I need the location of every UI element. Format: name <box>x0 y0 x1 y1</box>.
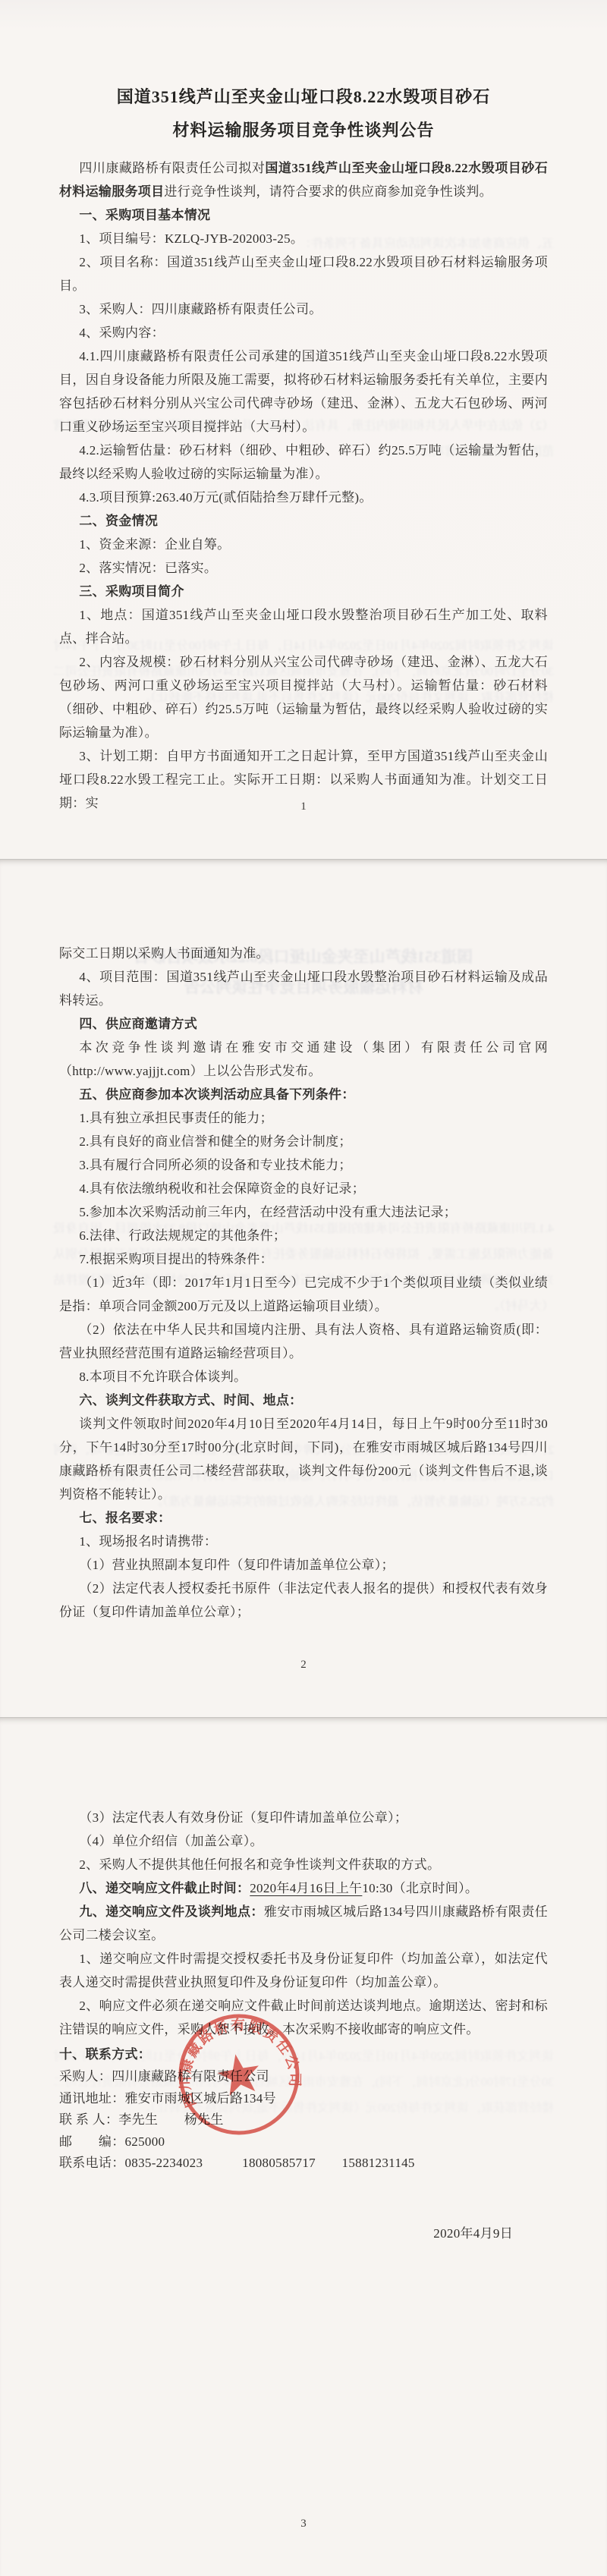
text-run: 2、采购人不提供其他任何报名和竞争性谈判文件获取的方式。 <box>79 1857 440 1872</box>
text-run: 2.具有良好的商业信誉和健全的财务会计制度； <box>79 1134 351 1149</box>
document-page-2: 国道351线芦山至夹金山垭口段8.22水毁项目砂石 材料运输服务项目竞争性谈判公… <box>0 859 607 1717</box>
paragraph: 1.具有独立承担民事责任的能力； <box>59 1106 548 1130</box>
paragraph: 8.本项目不允许联合体谈判。 <box>59 1365 548 1389</box>
text-run: 3、采购人：四川康藏路桥有限责任公司。 <box>79 302 322 316</box>
document-title-line-2: 材料运输服务项目竞争性谈判公告 <box>59 114 548 147</box>
page-number: 1 <box>0 800 607 813</box>
paragraph: 1、资金来源：企业自筹。 <box>59 533 548 556</box>
section-heading-7: 七、报名要求： <box>59 1506 548 1530</box>
intro-paragraph: 四川康藏路桥有限责任公司拟对国道351线芦山至夹金山垭口段8.22水毁项目砂石材… <box>59 156 548 203</box>
paragraph: 3.具有履行合同所必须的设备和专业技术能力； <box>59 1153 548 1177</box>
page-content: 国道351线芦山至夹金山垭口段8.22水毁项目砂石材料运输服务项目竞争性谈判公告… <box>0 0 607 815</box>
text-run: 进行竞争性谈判，请符合要求的供应商参加竞争性谈判。 <box>164 184 492 199</box>
text-run: 1、递交响应文件时需提交授权委托书及身份证复印件（均加盖公章），如法定代表人递交… <box>59 1952 548 1989</box>
scanned-announcement-document: 五、供应商参加本次谈判活动应具备下列条件： （2）依法在中华人民共和国境内注册、… <box>0 0 607 2576</box>
paragraph: 本次竞争性谈判邀请在雅安市交通建设（集团）有限责任公司官网（http://www… <box>59 1036 548 1083</box>
paragraph: 际交工日期以采购人书面通知为准。 <box>59 942 548 965</box>
text-run: 1、资金来源：企业自筹。 <box>79 537 230 552</box>
text-run: 联系电话：0835-2234023 18080585717 1588123114… <box>59 2156 415 2170</box>
section-heading-2: 二、资金情况 <box>59 509 548 533</box>
text-run: 2、内容及规模：砂石材料分别从兴宝公司代碑寺砂场（建迅、金淋）、五龙大石包砂场、… <box>59 655 548 740</box>
text-run: 十、联系方式： <box>59 2047 151 2062</box>
text-run: 邮 编：625000 <box>59 2134 165 2149</box>
document-page-1: 五、供应商参加本次谈判活动应具备下列条件： （2）依法在中华人民共和国境内注册、… <box>0 0 607 859</box>
text-run: 4.2.运输暂估量：砂石材料（细砂、中粗砂、碎石）约25.5万吨（运输量为暂估，… <box>59 443 548 481</box>
text-run: 六、谈判文件获取方式、时间、地点： <box>79 1393 302 1408</box>
section-heading-5: 五、供应商参加本次谈判活动应具备下列条件： <box>59 1083 548 1106</box>
paragraph: 1、递交响应文件时需提交授权委托书及身份证复印件（均加盖公章），如法定代表人递交… <box>59 1947 548 1994</box>
paragraph: 3、采购人：四川康藏路桥有限责任公司。 <box>59 297 548 321</box>
text-run: 4.3.项目预算:263.40万元(贰佰陆拾叁万肆仟元整)。 <box>79 490 372 505</box>
paragraph: 4.1.四川康藏路桥有限责任公司承建的国道351线芦山至夹金山垭口段8.22水毁… <box>59 344 548 439</box>
text-run: 国道351线芦山至夹金山垭口段8.22水毁项目砂石 <box>117 87 491 106</box>
text-run: （1）近3年（即：2017年1月1日至今）已完成不少于1个类似项目业绩（类似业绩… <box>59 1275 548 1313</box>
text-run: 4.具有依法缴纳税收和社会保障资金的良好记录； <box>79 1181 365 1196</box>
text-run: 谈判文件领取时间2020年4月10日至2020年4月14日，每日上午9时00分至… <box>59 1417 548 1502</box>
text-run: 1、地点：国道351线芦山至夹金山垭口段水毁整治项目砂石生产加工处、取料点、拌合… <box>59 608 548 646</box>
page-content: 际交工日期以采购人书面通知为准。4、项目范围：国道351线芦山至夹金山垭口段水毁… <box>0 860 607 1624</box>
page-number: 3 <box>0 2518 607 2530</box>
text-run: 2、落实情况：已落实。 <box>79 561 217 575</box>
document-page-3: 谈判文件领取时间2020年4月10日至2020年4月14日，每日上午9时00分至… <box>0 1717 607 2576</box>
paragraph: （2）法定代表人授权委托书原件（非法定代表人报名的提供）和授权代表有效身份证（复… <box>59 1577 548 1624</box>
text-run: 1.具有独立承担民事责任的能力； <box>79 1111 273 1125</box>
text-run: 际交工日期以采购人书面通知为准。 <box>59 946 269 961</box>
text-run: 5.参加本次采购活动前三年内，在经营活动中没有重大违法记录； <box>79 1205 457 1219</box>
text-run: 1、现场报名时请携带： <box>79 1534 217 1549</box>
text-run: 8.本项目不允许联合体谈判。 <box>79 1370 247 1384</box>
text-run: 3.具有履行合同所必须的设备和专业技术能力； <box>79 1158 351 1172</box>
text-run: 四川康藏路桥有限责任公司拟对 <box>79 161 265 175</box>
paragraph: 7.根据采购项目提出的特殊条件： <box>59 1247 548 1271</box>
paragraph: 1、项目编号：KZLQ-JYB-202003-25。 <box>59 227 548 250</box>
paragraph: 2、内容及规模：砂石材料分别从兴宝公司代碑寺砂场（建迅、金淋）、五龙大石包砂场、… <box>59 650 548 744</box>
text-run: 三、采购项目简介 <box>79 584 184 599</box>
paragraph: （2）依法在中华人民共和国境内注册、具有法人资格、具有道路运输资质(即：营业执照… <box>59 1318 548 1365</box>
section-heading-3: 三、采购项目简介 <box>59 580 548 603</box>
paragraph: 4.3.项目预算:263.40万元(贰佰陆拾叁万肆仟元整)。 <box>59 486 548 509</box>
text-run: （4）单位介绍信（加盖公章）。 <box>79 1834 263 1848</box>
text-run: 四、供应商邀请方式 <box>79 1017 197 1031</box>
contact-phones: 联系电话：0835-2234023 18080585717 1588123114… <box>59 2153 548 2175</box>
text-run: 7.根据采购项目提出的特殊条件： <box>79 1252 273 1266</box>
paragraph: 2.具有良好的商业信誉和健全的财务会计制度； <box>59 1130 548 1153</box>
contact-postcode: 邮 编：625000 <box>59 2131 548 2153</box>
seal-star-icon <box>215 2051 263 2097</box>
paragraph: 1、现场报名时请携带： <box>59 1530 548 1553</box>
paragraph: 4.具有依法缴纳税收和社会保障资金的良好记录； <box>59 1177 548 1200</box>
document-title-line-1: 国道351线芦山至夹金山垭口段8.22水毁项目砂石 <box>59 80 548 114</box>
section-heading-8: 八、递交响应文件截止时间：2020年4月16日上午10:30（北京时间）。 <box>59 1876 548 1900</box>
text-run: 10:30（北京时间）。 <box>362 1881 478 1895</box>
paragraph: 2、落实情况：已落实。 <box>59 556 548 580</box>
section-heading-4: 四、供应商邀请方式 <box>59 1012 548 1036</box>
text-run: （2）依法在中华人民共和国境内注册、具有法人资格、具有道路运输资质(即：营业执照… <box>59 1323 548 1360</box>
paragraph: 2、响应文件必须在递交响应文件截止时间前送达谈判地点。逾期送达、密封和标注错误的… <box>59 1994 548 2041</box>
text-run: 一、采购项目基本情况 <box>79 208 210 222</box>
text-run: 九、递交响应文件及谈判地点： <box>79 1904 263 1919</box>
paragraph: （4）单位介绍信（加盖公章）。 <box>59 1829 548 1853</box>
page-number: 2 <box>0 1659 607 1672</box>
paragraph: 4、项目范围：国道351线芦山至夹金山垭口段水毁整治项目砂石材料运输及成品料转运… <box>59 965 548 1012</box>
text-run: 2020年4月16日上午 <box>250 1881 362 1895</box>
text-run: 4、采购内容： <box>79 326 165 340</box>
text-run: 七、报名要求： <box>79 1511 171 1525</box>
text-run: 2、项目名称：国道351线芦山至夹金山垭口段8.22水毁项目砂石材料运输服务项目… <box>59 255 548 293</box>
page-content: （3）法定代表人有效身份证（复印件请加盖单位公章）；（4）单位介绍信（加盖公章）… <box>0 1718 607 2245</box>
section-heading-1: 一、采购项目基本情况 <box>59 203 548 227</box>
text-run: 本次竞争性谈判邀请在雅安市交通建设（集团）有限责任公司官网（http://www… <box>59 1040 548 1078</box>
paragraph: 4.2.运输暂估量：砂石材料（细砂、中粗砂、碎石）约25.5万吨（运输量为暂估，… <box>59 439 548 486</box>
paragraph: 1、地点：国道351线芦山至夹金山垭口段水毁整治项目砂石生产加工处、取料点、拌合… <box>59 603 548 650</box>
paragraph: （3）法定代表人有效身份证（复印件请加盖单位公章）； <box>59 1806 548 1829</box>
text-run: 材料运输服务项目竞争性谈判公告 <box>172 121 434 140</box>
text-run: 2020年4月9日 <box>433 2226 513 2241</box>
text-run: 五、供应商参加本次谈判活动应具备下列条件： <box>79 1087 354 1102</box>
text-run: 二、资金情况 <box>79 514 158 528</box>
paragraph: 2、采购人不提供其他任何报名和竞争性谈判文件获取的方式。 <box>59 1853 548 1876</box>
paragraph: 5.参加本次采购活动前三年内，在经营活动中没有重大违法记录； <box>59 1200 548 1224</box>
official-seal-stamp: 四川康藏路桥有限责任公司 <box>165 2000 314 2150</box>
paragraph: 2、项目名称：国道351线芦山至夹金山垭口段8.22水毁项目砂石材料运输服务项目… <box>59 250 548 297</box>
text-run: （3）法定代表人有效身份证（复印件请加盖单位公章）； <box>79 1810 407 1825</box>
text-run: （2）法定代表人授权委托书原件（非法定代表人报名的提供）和授权代表有效身份证（复… <box>59 1581 548 1619</box>
section-heading-6: 六、谈判文件获取方式、时间、地点： <box>59 1389 548 1412</box>
text-run: 八、递交响应文件截止时间： <box>79 1881 250 1895</box>
text-run: 1、项目编号：KZLQ-JYB-202003-25。 <box>79 231 303 246</box>
paragraph: 谈判文件领取时间2020年4月10日至2020年4月14日，每日上午9时00分至… <box>59 1412 548 1506</box>
text-run: （1）营业执照副本复印件（复印件请加盖单位公章）； <box>79 1558 395 1572</box>
paragraph: （1）近3年（即：2017年1月1日至今）已完成不少于1个类似项目业绩（类似业绩… <box>59 1271 548 1318</box>
announcement-date: 2020年4月9日 <box>59 2222 548 2245</box>
paragraph: （1）营业执照副本复印件（复印件请加盖单位公章）； <box>59 1553 548 1577</box>
text-run: 2、响应文件必须在递交响应文件截止时间前送达谈判地点。逾期送达、密封和标注错误的… <box>59 1999 548 2037</box>
section-heading-9: 九、递交响应文件及谈判地点：雅安市雨城区城后路134号四川康藏路桥有限责任公司二… <box>59 1900 548 1947</box>
paragraph: 6.法律、行政法规规定的其他条件； <box>59 1224 548 1247</box>
text-run: 4.1.四川康藏路桥有限责任公司承建的国道351线芦山至夹金山垭口段8.22水毁… <box>59 349 548 434</box>
section-heading-10: 十、联系方式： <box>59 2043 548 2066</box>
paragraph: 4、采购内容： <box>59 321 548 344</box>
text-run: 6.法律、行政法规规定的其他条件； <box>79 1228 286 1243</box>
text-run: 4、项目范围：国道351线芦山至夹金山垭口段水毁整治项目砂石材料运输及成品料转运… <box>59 970 548 1008</box>
